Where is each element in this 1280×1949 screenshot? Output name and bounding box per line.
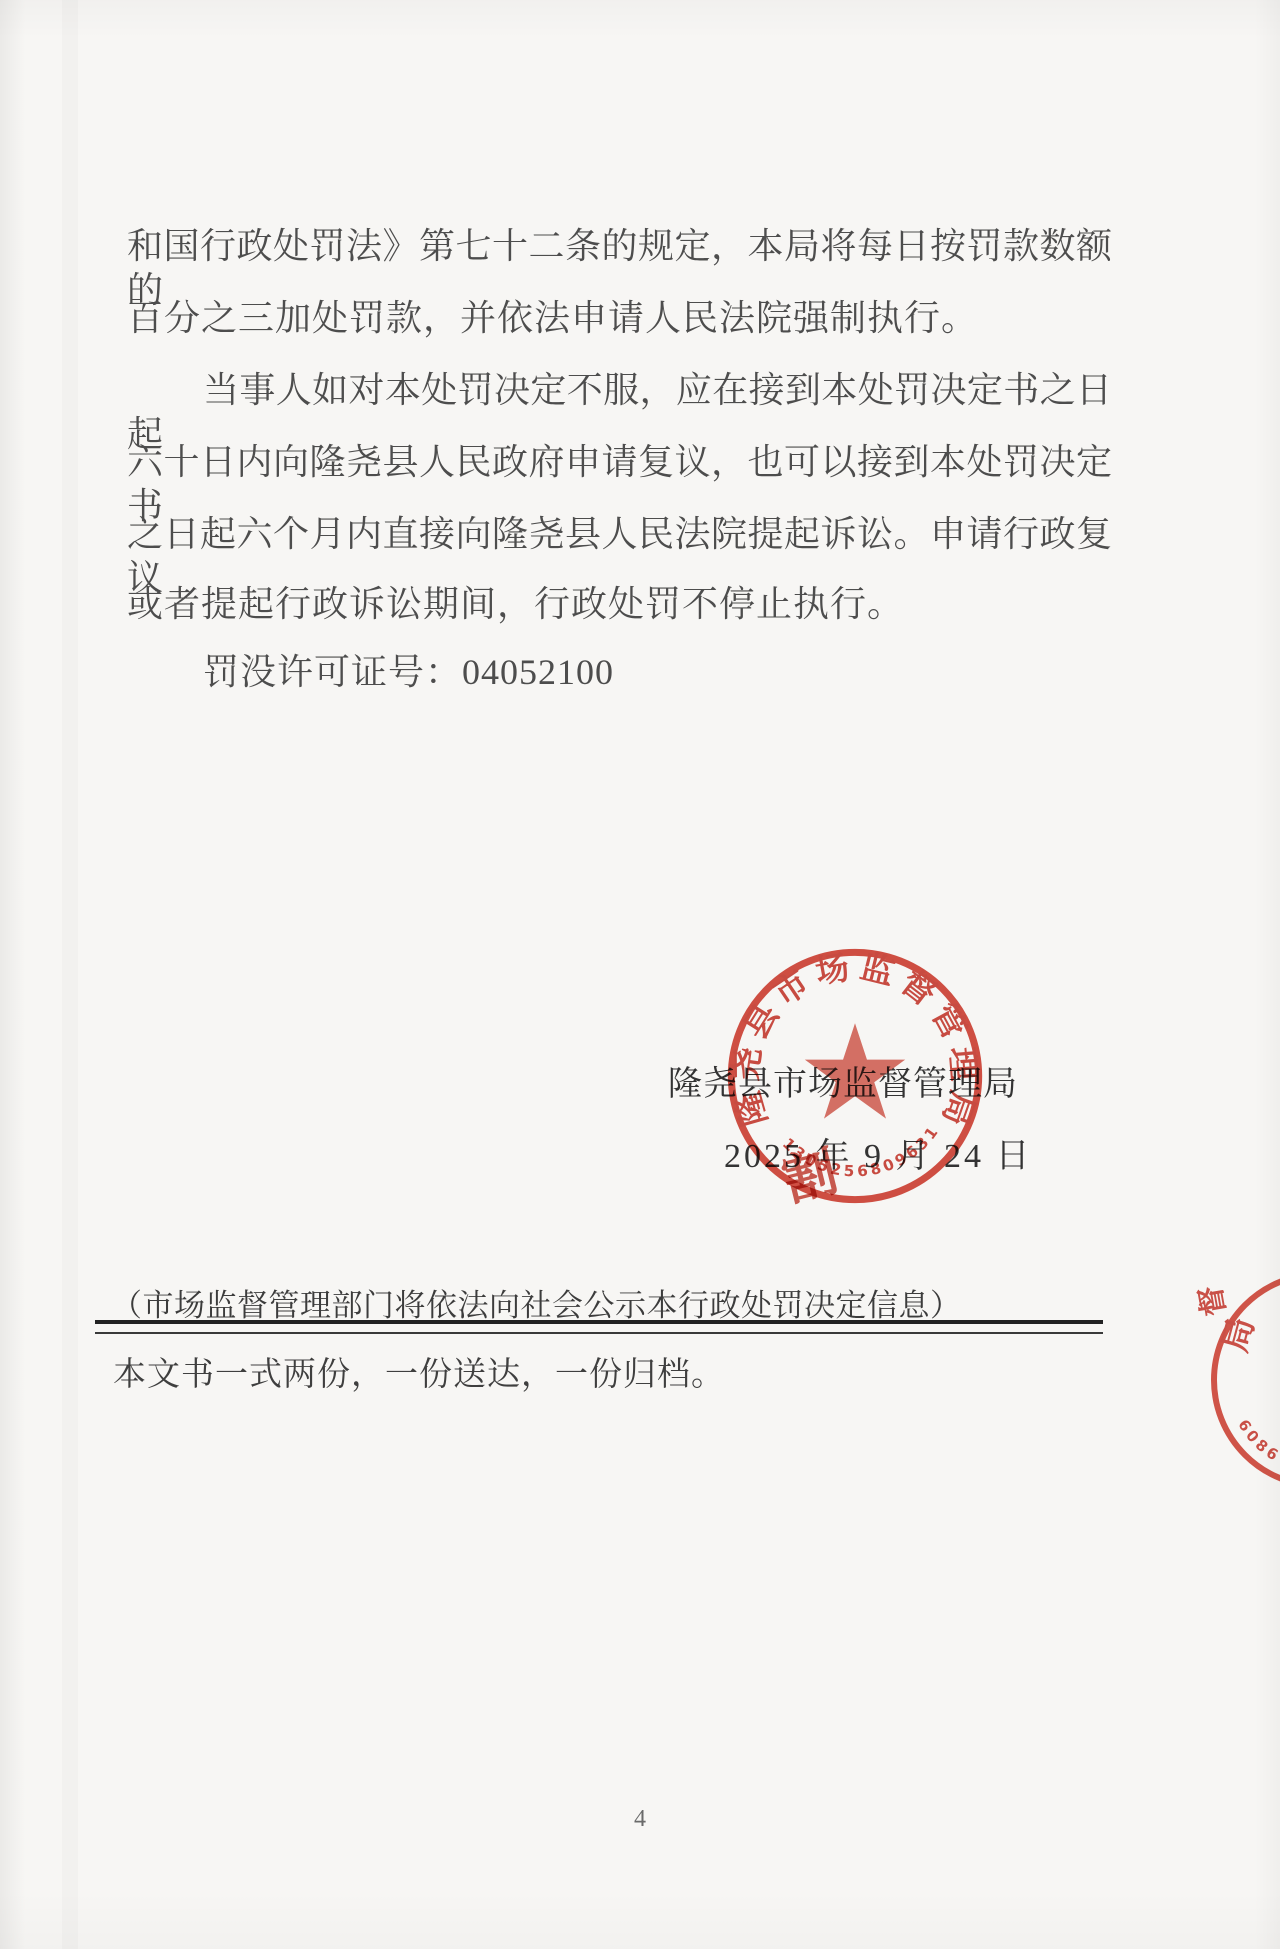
disclosure-note: （市场监督管理部门将依法向社会公示本行政处罚决定信息） <box>111 1280 962 1325</box>
official-seal: 隆尧县市场监督管理局 1305256809631 <box>703 924 1007 1228</box>
copies-note: 本文书一式两份，一份送达，一份归档。 <box>113 1348 725 1395</box>
body-line: 百分之三加处罚款，并依法申请人民法院强制执行。 <box>127 296 1112 340</box>
body-line: 或者提起行政诉讼期间，行政处罚不停止执行。 <box>127 582 1112 626</box>
partial-seal-char: 督 <box>1194 1283 1232 1318</box>
penalty-license-line: 罚没许可证号：04052100 <box>127 650 1112 694</box>
seal-star-icon <box>805 1023 905 1118</box>
footer-rule <box>95 1320 1103 1334</box>
partial-edge-seal: 督 局 608631 <box>1185 1262 1280 1502</box>
scan-streak <box>62 0 78 1949</box>
page-number: 4 <box>0 1806 1280 1833</box>
document-page: 和国行政处罚法》第七十二条的规定，本局将每日按罚款数额的 百分之三加处罚款，并依… <box>0 0 1280 1949</box>
partial-seal-char: 局 <box>1217 1314 1262 1356</box>
